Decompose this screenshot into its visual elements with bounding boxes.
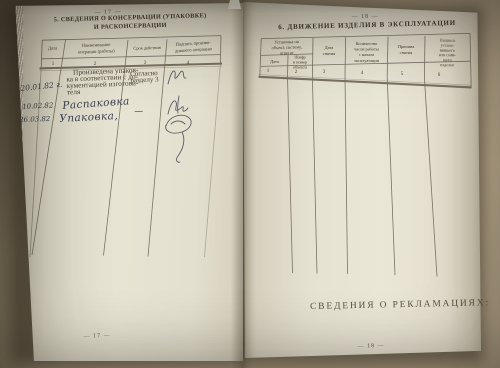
- book-spine-shadow: [231, 0, 253, 368]
- right-col-signature: Подпись устано- вившего или сняв- шего и…: [424, 38, 471, 68]
- book-photo: — 17 — 5. СВЕДЕНИЯ О КОНСЕРВАЦИИ (УПАКОВ…: [0, 0, 500, 368]
- right-col-number-2: 2: [290, 69, 302, 75]
- left-col-number-3: 3: [140, 60, 150, 66]
- header-line: Количество: [345, 41, 388, 47]
- header-line: эксплуатации: [345, 57, 388, 63]
- left-col-header-date: Дата: [41, 45, 64, 51]
- header-line: снятия: [387, 50, 425, 56]
- right-col-removal-date: Дата снятия: [312, 45, 346, 57]
- right-col-removal-reason: Причина снятия: [387, 44, 425, 56]
- header-line: с начала: [345, 52, 388, 58]
- page-number-top-right: — 18 —: [332, 12, 398, 20]
- right-subcol-code-number: Шифр и номер объекта: [287, 55, 313, 70]
- left-col-number-4: 4: [183, 60, 193, 66]
- right-col-number-3: 3: [318, 69, 330, 75]
- right-col-hours-of-operation: Количество часов работы с начала эксплуа…: [345, 41, 388, 63]
- header-line: часов работы: [345, 46, 388, 52]
- row2-term-dash: —: [134, 107, 144, 118]
- page-edge-sliver: [228, 0, 241, 9]
- row1-term-typed-entry: Согласно разделу 3: [130, 69, 166, 84]
- header-line: изделие: [424, 62, 471, 67]
- left-col-header-operation: Наименование операции (работы): [64, 40, 128, 55]
- right-col-group-installation: Установка на объект, систему, агрегат: [260, 39, 313, 57]
- typed-line: разделу 3: [130, 76, 166, 84]
- left-page: [12, 3, 243, 361]
- right-col-number-4: 4: [356, 70, 368, 76]
- right-col-number-1: 1: [262, 68, 274, 74]
- left-col-number-2: 2: [90, 61, 100, 67]
- right-col-number-6: 6: [433, 72, 445, 78]
- header-line: снятия: [312, 51, 346, 57]
- right-subcol-date: Дата: [261, 59, 288, 64]
- left-col-number-1: 1: [48, 61, 58, 67]
- left-col-header-signature: Подпись произво- дившего операцию: [165, 38, 222, 54]
- right-col-number-5: 5: [396, 71, 408, 77]
